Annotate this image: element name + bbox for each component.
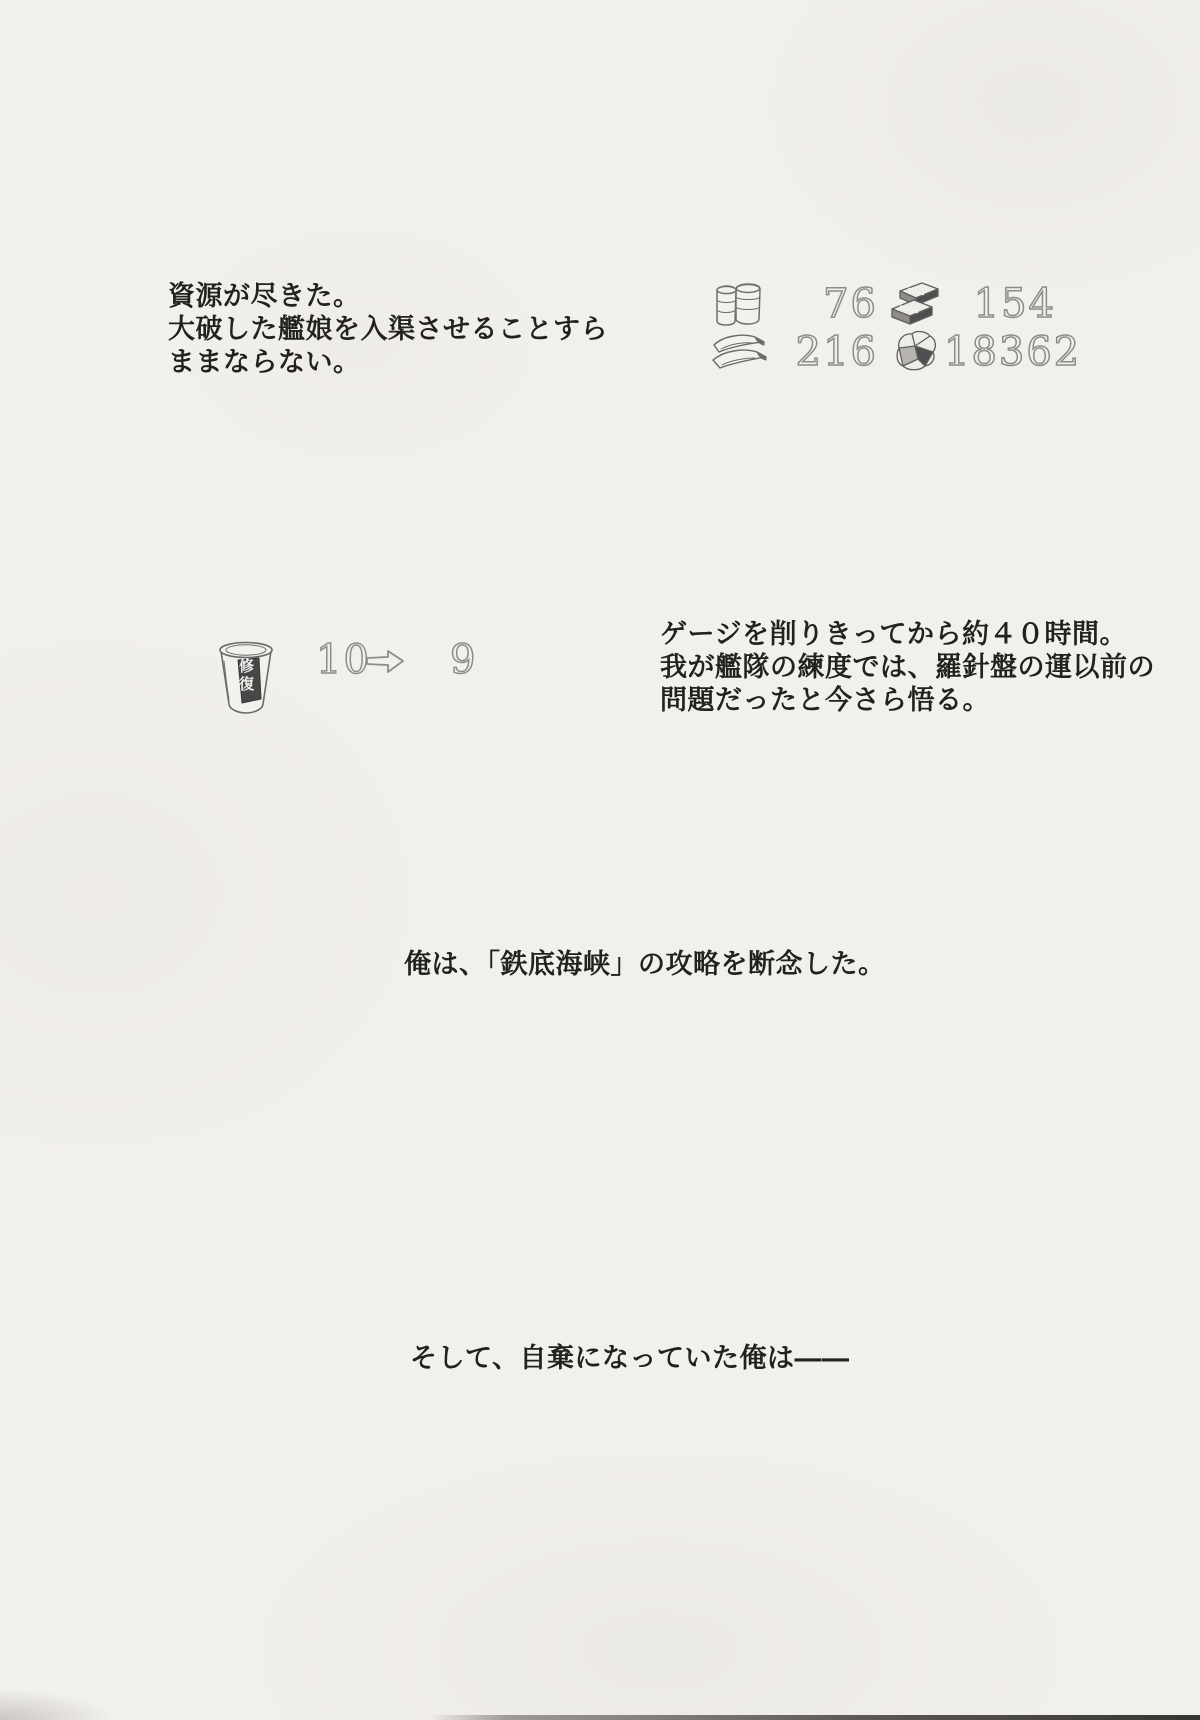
narration-resources-block: 資源が尽きた。 大破した艦娘を入渠させることすら ままならない。 [168, 280, 608, 379]
repair-count-before: 10 [316, 636, 371, 684]
fuel-icon [710, 281, 768, 327]
ammo-value: 154 [944, 280, 1056, 328]
bauxite-icon [886, 328, 944, 376]
narration-line: ゲージを削りきってから約４０時間。 [660, 618, 1155, 651]
doujin-scan-page: 資源が尽きた。 大破した艦娘を入渠させることすら ままならない。 [0, 0, 1200, 1720]
narration-line: 問題だったと今さら悟る。 [660, 684, 1155, 717]
repair-bucket-label: 修復 [236, 658, 257, 694]
fuel-value: 76 [768, 280, 878, 328]
narration-give-up-line: 俺は、「鉄底海峡」の攻略を断念した。 [404, 948, 886, 981]
bauxite-value: 18362 [944, 328, 1056, 376]
narration-line: 大破した艦娘を入渠させることすら [168, 313, 608, 346]
steel-value: 216 [768, 328, 878, 376]
narration-line: 我が艦隊の練度では、羅針盤の運以前の [660, 651, 1155, 684]
narration-gauge-block: ゲージを削りきってから約４０時間。 我が艦隊の練度では、羅針盤の運以前の 問題だ… [660, 618, 1155, 717]
repair-count-after: 9 [450, 636, 477, 684]
resource-row: 216 18362 [710, 328, 1056, 376]
arrow-right-icon [364, 648, 406, 680]
repair-bucket-icon: 修復 [214, 637, 278, 715]
resource-row: 76 154 [710, 280, 1056, 328]
narration-line: 資源が尽きた。 [168, 280, 608, 313]
steel-icon [710, 331, 768, 373]
ammo-icon [886, 280, 944, 328]
narration-line: ままならない。 [168, 346, 608, 379]
scan-corner-shadow [0, 1690, 110, 1720]
narration-closing-line: そして、自棄になっていた俺は―― [410, 1342, 849, 1375]
narration-line: そして、自棄になっていた俺は―― [410, 1342, 849, 1375]
narration-line: 俺は、「鉄底海峡」の攻略を断念した。 [404, 948, 886, 981]
scan-bottom-edge [430, 1715, 1200, 1720]
resource-counter: 76 154 [710, 280, 1056, 376]
